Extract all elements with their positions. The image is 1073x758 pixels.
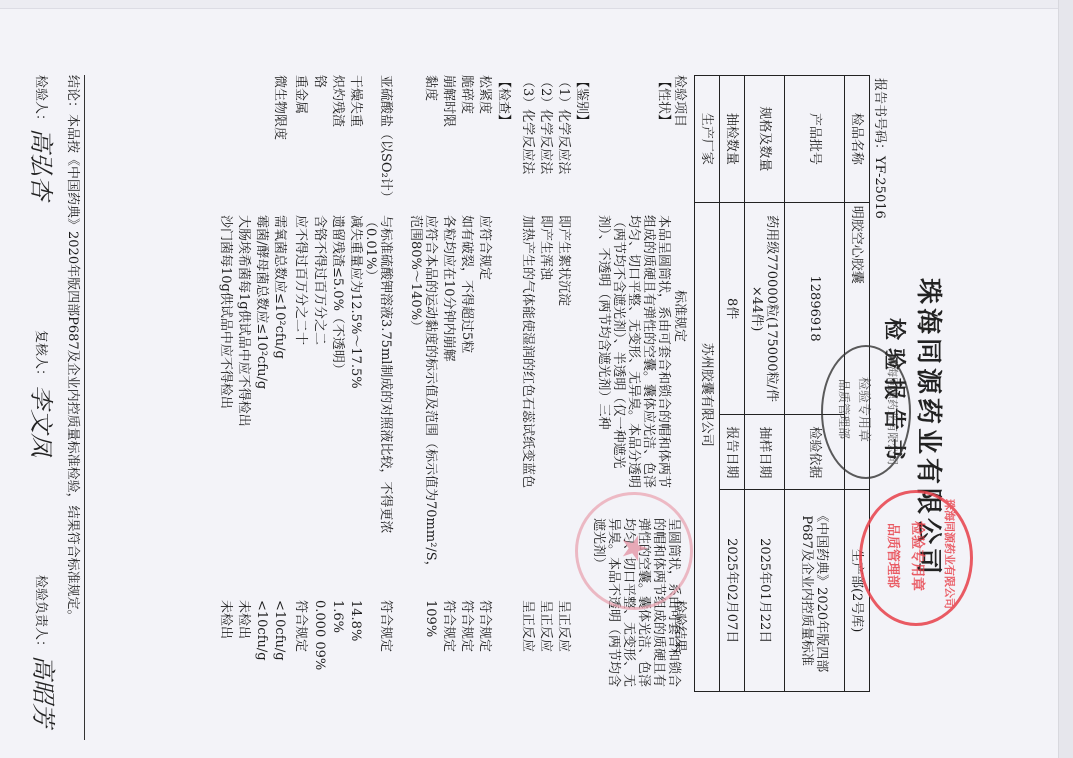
reviewer-signature: 李文凤 [26,385,61,457]
header-row: 抽检数量 8件 报告日期 2025年02月07日 [720,76,745,692]
conclusion-divider [84,75,85,740]
test-item-result: 符合规定 [477,600,492,652]
test-item-standard: 应符合本品的运动黏度的标示值及范围（标示值为70mm²/S，范围80%～140%… [408,215,438,580]
test-item-result: 符合规定 [441,600,456,652]
test-item-name: 炽灼残渣 [330,75,345,127]
test-item-name: 干燥失重 [348,75,363,127]
reviewer-label: 复核人： [33,330,48,382]
test-item-name: 铬 [312,75,327,88]
head-label: 检验负责人： [33,575,48,653]
test-item-standard: 应符合规定 [477,215,492,280]
test-item-standard: 各粒均应在10分钟内崩解 [441,215,456,362]
supplier-stamp-pink: ★ [575,492,693,610]
label-spec: 规格及数量 [745,76,785,203]
test-item-result: 0.000 09% [312,600,327,670]
identification-item-result: 呈正反应 [538,600,553,652]
identification-item-standard: 加热产生的气体能使湿润的红色石蕊试纸变蓝色 [520,215,535,488]
test-item-name: 重金属 [293,75,308,114]
value-sampling-date: 2025年01月22日 [745,490,785,692]
test-item-standard: 沙门菌每10g供试品中应不得检出 [218,215,233,409]
test-item-standard: 与标准硫酸钾溶液3.75ml制成的对照液比较，不得更浓（0.01%） [363,215,393,580]
identification-item-name: （1）化学反应法 [556,75,571,174]
test-item-result: 符合规定 [459,600,474,652]
identification-item-result: 呈正反应 [520,600,535,652]
test-item-standard: 霉菌/酵母菌总数应≤10²cfu/g [254,215,269,389]
value-sample-qty: 8件 [720,202,745,415]
standard-appearance: 本品呈圆筒状，系由可套合和锁合的帽和体两节组成的质硬且有弹性的空囊。囊体应光洁、… [596,215,671,495]
test-item-name: 崩解时限 [441,75,456,127]
test-item-standard: 含铬不得过百万分之二 [312,215,327,345]
inspection-stamp-red: 珠海同源药业有限公司 检验专用章 品质管理部 [859,490,973,626]
identification-item-result: 呈正反应 [556,600,571,652]
identification-item-name: （3）化学反应法 [520,75,535,174]
section-heading-tests: 【检查】 [496,75,511,127]
inspector-signature: 高弘杏 [26,128,61,200]
test-item-name: 亚硫酸盐（以SO₂计） [378,75,393,204]
inspector-label: 检验人： [33,75,48,127]
label-product-name: 检品名称 [845,76,870,203]
test-item-name: 松紧度 [477,75,492,114]
value-spec: 药用级770000粒(175000粒/件×44件) [745,202,785,415]
report-number: 报告书号码：YF-25016 [872,78,887,219]
header-row: 规格及数量 药用级770000粒(175000粒/件×44件) 抽样日期 202… [745,76,785,692]
test-item-result: <10cfu/g [272,600,287,661]
test-item-result: 109% [423,600,438,637]
test-item-standard: 需氧菌总数应≤10²cfu/g [272,215,287,359]
section-heading-identification: 【鉴别】 [574,75,589,127]
header-row: 生产厂家 苏州胶囊有限公司 [695,76,720,692]
identification-item-standard: 即产生浑浊 [538,215,553,280]
test-item-result: <10cfu/g [254,600,269,661]
test-item-result: 未检出 [218,600,233,639]
test-item-name: 脆碎度 [459,75,474,114]
value-report-date: 2025年02月07日 [720,490,745,692]
identification-item-standard: 即产生絮状沉淀 [556,215,571,306]
identification-item-name: （2）化学反应法 [538,75,553,174]
label-manufacturer: 生产厂家 [695,76,720,203]
label-sample-qty: 抽检数量 [720,76,745,203]
label-sampling-date: 抽样日期 [745,415,785,490]
test-item-result: 符合规定 [293,600,308,652]
column-item: 检验项目 [672,75,687,127]
test-item-standard: 应不得过百万分之二十 [293,215,308,345]
section-heading-appearance: 【性状】 [656,75,671,127]
column-standard: 标准规定 [672,290,687,342]
test-item-name: 微生物限度 [272,75,287,140]
test-item-standard: 减失重量应为12.5%～17.5% [348,215,363,389]
test-item-result: 未检出 [236,600,251,639]
test-item-result: 1.6% [330,600,345,633]
label-batch-no: 产品批号 [785,76,845,203]
inspection-report-page: 珠海同源药业有限公司 检验报告书 报告书号码：YF-25016 检品名称 明胶空… [0,0,1073,758]
test-item-standard: 大肠埃希菌每1g供试品中应不得检出 [236,215,251,427]
test-item-standard: 遗留残渣≤5.0%（不透明） [330,215,345,376]
test-item-standard: 如有破裂，不得超过5粒 [459,215,474,353]
inspection-stamp-black: 珠海同源药业有限公司 检验专用章 品质管理部 [821,345,911,479]
test-item-result: 符合规定 [378,600,393,652]
test-item-result: 14.8% [348,600,363,641]
label-report-date: 报告日期 [720,415,745,490]
head-signature: 高昭芳 [28,655,63,727]
value-basis: 《中国药典》2020年版四部P687及企业内控质量标准 [785,490,845,692]
conclusion-text: 结论：本品按《中国药典》2020年版四部P687及企业内控质量标准检验，结果符合… [65,75,80,623]
test-item-name: 黏度 [423,75,438,101]
value-manufacturer: 苏州胶囊有限公司 [695,202,720,691]
